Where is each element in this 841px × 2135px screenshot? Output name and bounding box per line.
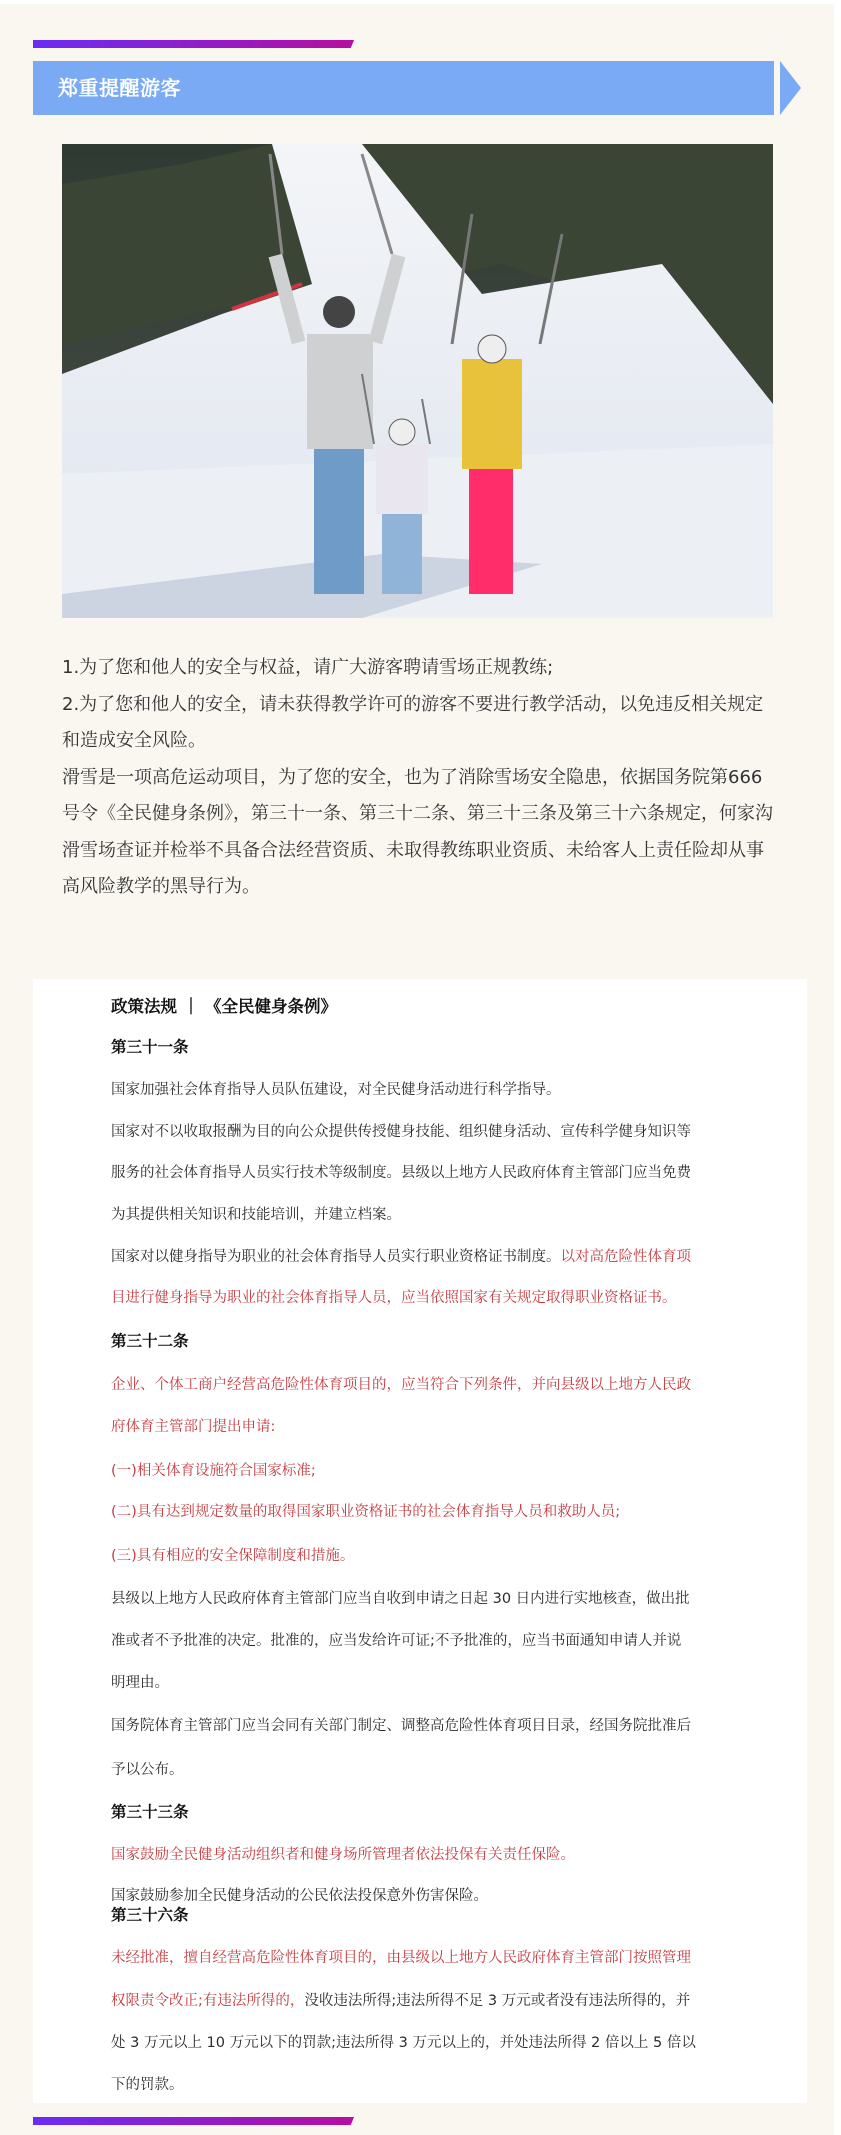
article-heading: 第三十一条 bbox=[111, 1035, 189, 1057]
highlight-text: 以对高危险性体育项 bbox=[561, 1249, 692, 1265]
ski-family-photo bbox=[62, 144, 773, 618]
document-line-mixed: 权限责令改正;有违法所得的，没收违法所得;违法所得不足 3 万元或者没有违法所得… bbox=[111, 1989, 690, 2010]
intro-paragraph-1: 1.为了您和他人的安全与权益，请广大游客聘请雪场正规教练; bbox=[62, 650, 774, 687]
highlight-line: 国家鼓励全民健身活动组织者和健身场所管理者依法投保有关责任保险。 bbox=[111, 1843, 575, 1864]
intro-text: 1.为了您和他人的安全与权益，请广大游客聘请雪场正规教练; 2.为了您和他人的安… bbox=[62, 650, 774, 906]
document-line: 明理由。 bbox=[111, 1671, 169, 1692]
document-line: 县级以上地方人民政府体育主管部门应当自收到申请之日起 30 日内进行实地核查，做… bbox=[111, 1587, 690, 1608]
regulation-document: 政策法规 ｜ 《全民健身条例》 第三十一条 国家加强社会体育指导人员队伍建设，对… bbox=[33, 979, 807, 2103]
chevron-right-icon bbox=[780, 61, 801, 115]
article-heading: 第三十三条 bbox=[111, 1800, 189, 1822]
intro-paragraph-3: 滑雪是一项高危运动项目，为了您的安全，也为了消除雪场安全隐患，依据国务院第666… bbox=[62, 760, 774, 906]
highlight-line: 府体育主管部门提出申请: bbox=[111, 1415, 275, 1436]
highlight-line: (一)相关体育设施符合国家标准; bbox=[111, 1459, 316, 1480]
document-line: 为其提供相关知识和技能培训，并建立档案。 bbox=[111, 1203, 401, 1224]
document-line: 服务的社会体育指导人员实行技术等级制度。县级以上地方人民政府体育主管部门应当免费 bbox=[111, 1161, 691, 1182]
highlight-text: 权限责令改正;有违法所得的， bbox=[111, 1993, 304, 2009]
document-line: 国家鼓励参加全民健身活动的公民依法投保意外伤害保险。 bbox=[111, 1884, 488, 1905]
document-text: 没收违法所得;违法所得不足 3 万元或者没有违法所得的，并 bbox=[304, 1993, 690, 2009]
article-heading: 第三十二条 bbox=[111, 1329, 189, 1351]
document-line: 国家加强社会体育指导人员队伍建设，对全民健身活动进行科学指导。 bbox=[111, 1078, 561, 1099]
article-heading: 第三十六条 bbox=[111, 1903, 189, 1925]
section-title: 郑重提醒游客 bbox=[58, 61, 181, 115]
section-header: 郑重提醒游客 bbox=[33, 61, 774, 115]
document-title: 政策法规 ｜ 《全民健身条例》 bbox=[111, 993, 337, 1017]
page-panel: 郑重提醒游客 bbox=[0, 4, 834, 2135]
intro-paragraph-2: 2.为了您和他人的安全，请未获得教学许可的游客不要进行教学活动，以免违反相关规定… bbox=[62, 687, 774, 760]
document-line: 准或者不予批准的决定。批准的，应当发给许可证;不予批准的，应当书面通知申请人并说 bbox=[111, 1629, 681, 1650]
top-gradient-divider bbox=[33, 40, 354, 48]
document-line-mixed: 国家对以健身指导为职业的社会体育指导人员实行职业资格证书制度。以对高危险性体育项 bbox=[111, 1245, 691, 1266]
highlight-line: 目进行健身指导为职业的社会体育指导人员，应当依照国家有关规定取得职业资格证书。 bbox=[111, 1286, 677, 1307]
document-line: 国家对不以收取报酬为目的向公众提供传授健身技能、组织健身活动、宣传科学健身知识等 bbox=[111, 1120, 691, 1141]
document-line: 处 3 万元以上 10 万元以下的罚款;违法所得 3 万元以上的，并处违法所得 … bbox=[111, 2031, 696, 2052]
document-line: 国务院体育主管部门应当会同有关部门制定、调整高危险性体育项目目录，经国务院批准后 bbox=[111, 1714, 691, 1735]
document-line: 予以公布。 bbox=[111, 1758, 184, 1779]
highlight-line: (二)具有达到规定数量的取得国家职业资格证书的社会体育指导人员和救助人员; bbox=[111, 1500, 620, 1521]
highlight-line: 企业、个体工商户经营高危险性体育项目的，应当符合下列条件，并向县级以上地方人民政 bbox=[111, 1373, 691, 1394]
document-line: 下的罚款。 bbox=[111, 2073, 184, 2094]
bottom-gradient-divider bbox=[33, 2117, 354, 2125]
document-text: 国家对以健身指导为职业的社会体育指导人员实行职业资格证书制度。 bbox=[111, 1249, 561, 1265]
highlight-line: 未经批准，擅自经营高危险性体育项目的，由县级以上地方人民政府体育主管部门按照管理 bbox=[111, 1946, 691, 1967]
highlight-line: (三)具有相应的安全保障制度和措施。 bbox=[111, 1544, 354, 1565]
